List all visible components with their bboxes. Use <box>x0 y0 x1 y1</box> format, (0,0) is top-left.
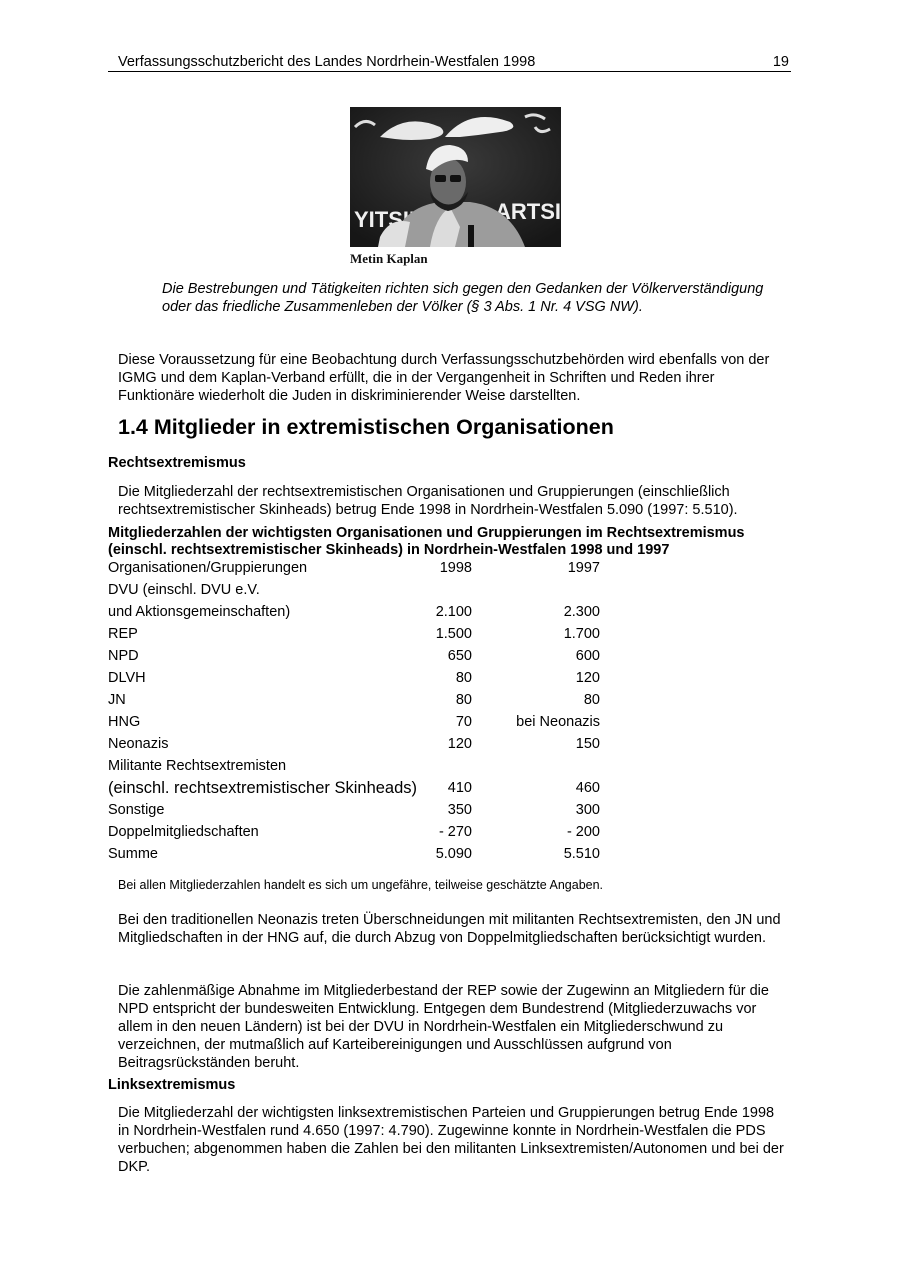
cell-1998: 350 <box>448 801 472 819</box>
cell-organisation: NPD <box>108 647 139 665</box>
paragraph-rechts-intro: Die Mitgliederzahl der rechtsextremistis… <box>118 483 788 519</box>
cell-organisation: (einschl. rechtsextremistischer Skinhead… <box>108 779 417 797</box>
section-heading: 1.4 Mitglieder in extremistischen Organi… <box>118 415 614 440</box>
table-row: JN8080 <box>108 691 608 713</box>
cell-organisation: DLVH <box>108 669 146 687</box>
cell-1997: 1.700 <box>564 625 600 643</box>
cell-1997: 150 <box>576 735 600 753</box>
table-row: und Aktionsgemeinschaften)2.1002.300 <box>108 603 608 625</box>
paragraph-trend: Die zahlenmäßige Abnahme im Mitgliederbe… <box>118 982 788 1072</box>
cell-1997: 600 <box>576 647 600 665</box>
cell-organisation: DVU (einschl. DVU e.V. <box>108 581 260 599</box>
membership-table: Organisationen/Gruppierungen 1998 1997 D… <box>108 559 608 867</box>
cell-1998: 70 <box>456 713 472 731</box>
column-header-1997: 1997 <box>568 559 600 577</box>
cell-organisation: Doppelmitgliedschaften <box>108 823 259 841</box>
cell-1998: 120 <box>448 735 472 753</box>
cell-organisation: und Aktionsgemeinschaften) <box>108 603 290 621</box>
subheading-rechtsextremismus: Rechtsextremismus <box>108 455 246 471</box>
cell-organisation: Sonstige <box>108 801 164 819</box>
cell-1997: bei Neonazis <box>516 713 600 731</box>
cell-organisation: REP <box>108 625 138 643</box>
photo-illustration: YITSIZ ARTSI <box>350 107 561 247</box>
column-header-1998: 1998 <box>440 559 472 577</box>
cell-organisation: Neonazis <box>108 735 168 753</box>
cell-1997: 300 <box>576 801 600 819</box>
table-row: Militante Rechtsextremisten <box>108 757 608 779</box>
cell-1998: 80 <box>456 691 472 709</box>
photo-caption: Metin Kaplan <box>350 251 428 267</box>
paragraph-overlap: Bei den traditionellen Neonazis treten Ü… <box>118 911 788 947</box>
paragraph-igmg: Diese Voraussetzung für eine Beobachtung… <box>118 351 788 405</box>
cell-1997: 5.510 <box>564 845 600 863</box>
cell-organisation: Militante Rechtsextremisten <box>108 757 286 775</box>
page-number: 19 <box>773 53 789 71</box>
cell-1997: 120 <box>576 669 600 687</box>
table-row: DLVH80120 <box>108 669 608 691</box>
table-row: HNG70bei Neonazis <box>108 713 608 735</box>
table-row: Sonstige350300 <box>108 801 608 823</box>
cell-1998: - 270 <box>439 823 472 841</box>
cell-organisation: HNG <box>108 713 140 731</box>
table-row: Summe5.0905.510 <box>108 845 608 867</box>
cell-1998: 650 <box>448 647 472 665</box>
cell-1997: 2.300 <box>564 603 600 621</box>
table-row: DVU (einschl. DVU e.V. <box>108 581 608 603</box>
table-row: Neonazis120150 <box>108 735 608 757</box>
paragraph-links-intro: Die Mitgliederzahl der wichtigsten links… <box>118 1104 788 1176</box>
cell-organisation: Summe <box>108 845 158 863</box>
table-row: NPD650600 <box>108 647 608 669</box>
column-header-organisation: Organisationen/Gruppierungen <box>108 559 307 577</box>
table-title: Mitgliederzahlen der wichtigsten Organis… <box>108 525 798 559</box>
table-footnote: Bei allen Mitgliederzahlen handelt es si… <box>118 878 603 892</box>
cell-1997: 80 <box>584 691 600 709</box>
cell-1998: 1.500 <box>436 625 472 643</box>
cell-organisation: JN <box>108 691 126 709</box>
cell-1998: 410 <box>448 779 472 797</box>
portrait-photo: YITSIZ ARTSI <box>350 107 561 247</box>
table-body: DVU (einschl. DVU e.V.und Aktionsgemeins… <box>108 581 608 867</box>
table-row: Doppelmitgliedschaften- 270- 200 <box>108 823 608 845</box>
table-row: REP1.5001.700 <box>108 625 608 647</box>
report-title: Verfassungsschutzbericht des Landes Nord… <box>118 53 535 71</box>
legal-quote: Die Bestrebungen und Tätigkeiten richten… <box>162 280 782 316</box>
cell-1997: 460 <box>576 779 600 797</box>
table-header-row: Organisationen/Gruppierungen 1998 1997 <box>108 559 608 581</box>
table-row: (einschl. rechtsextremistischer Skinhead… <box>108 779 608 801</box>
subheading-linksextremismus: Linksextremismus <box>108 1077 235 1093</box>
cell-1997: - 200 <box>567 823 600 841</box>
running-header: Verfassungsschutzbericht des Landes Nord… <box>108 52 791 72</box>
cell-1998: 5.090 <box>436 845 472 863</box>
cell-1998: 2.100 <box>436 603 472 621</box>
cell-1998: 80 <box>456 669 472 687</box>
